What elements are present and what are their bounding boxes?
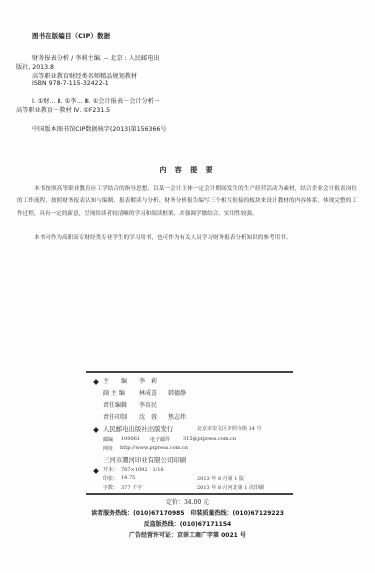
ad-license: 广告经营许可证：京崇工商广字第 0021 号 <box>0 530 375 539</box>
cip-isbn: ISBN 978-7-115-32422-1 <box>32 80 109 87</box>
printing: 2013 年 8 月河北第 1 次印刷 <box>197 484 264 491</box>
summary-paragraph-2-text: 本书可作为高职高专财经类专业学生的学习用书，也可作为有关人员学习财务报表分析知识… <box>34 235 291 241</box>
cip-line-1: 财务报表分析 / 李莉主编. -- 北京 : 人民邮电出 <box>32 53 160 62</box>
summary-paragraph-1-text: 本书按照高等职业教育应工学结合的指导思想，以某一会计主体一定会计期间发生的生产经… <box>17 186 357 217</box>
piracy-hotline: 反盗版热线：(010)67171154 <box>0 519 375 528</box>
deputy-editor-label: 副 主 编 <box>103 388 125 397</box>
website: http://www.ptpress.com.cn <box>120 445 188 451</box>
format: 787×1092 1/16 <box>121 466 164 473</box>
printer: 三河市潮河印业有限公司印刷 <box>103 455 186 464</box>
bullet-icon <box>93 468 99 474</box>
postcode: 100061 <box>121 436 140 442</box>
reader-hotline: 读者服务热线：(010)67170985 印装质量热线：(010)6712922… <box>0 508 375 517</box>
email-label: 电子邮件 <box>150 436 170 443</box>
publisher-address: 北京市崇文区夕照寺街 14 号 <box>197 425 262 432</box>
website-label: 网址 <box>103 445 113 452</box>
responsible-printing-label: 责任印制 <box>103 412 127 421</box>
top-divider <box>86 371 293 373</box>
publisher-name: 人民邮电出版社出版发行 <box>103 424 173 433</box>
cip-series: 高等职业教育财经类名师精品规划教材 <box>32 71 137 80</box>
chief-editor-label: 主 编 <box>103 376 127 385</box>
bullet-icon <box>93 427 99 433</box>
price: 定价：34.00 元 <box>0 497 375 506</box>
email: 315@ptpress.com.cn <box>183 436 236 442</box>
deputy-editor-2: 韩德静 <box>168 388 186 397</box>
chief-editor: 李 莉 <box>139 376 157 385</box>
words-label: 字数： <box>103 484 118 491</box>
cip-record-number: 中国版本图书馆CIP数据核字(2013)第156366号 <box>32 124 167 133</box>
sheets: 14.75 <box>121 475 135 481</box>
responsible-printing-2: 焦志炜 <box>168 412 186 421</box>
cip-classification-2: 高等职业教育－教材 Ⅳ. ①F231.5 <box>16 105 110 114</box>
cip-line-2: 版社, 2013.8 <box>16 62 54 71</box>
cip-classification-1: Ⅰ. ①财… Ⅱ. ①李… Ⅲ. ①会计报表－会计分析－ <box>32 96 160 105</box>
format-label: 开本： <box>103 466 118 473</box>
responsible-editor-label: 责任编辑 <box>103 400 127 409</box>
edition: 2013 年 8 月第 1 版 <box>197 475 244 482</box>
responsible-editor: 李育民 <box>139 400 157 409</box>
responsible-printing-1: 沈 蓉 <box>139 412 157 421</box>
words: 377 千字 <box>121 484 142 491</box>
sheets-label: 印张： <box>103 475 118 482</box>
summary-paragraph-1: 本书按照高等职业教育应工学结合的指导思想，以某一会计主体一定会计期间发生的生产经… <box>17 183 357 220</box>
bullet-icon <box>93 379 99 385</box>
bottom-divider <box>86 493 293 495</box>
summary-paragraph-2: 本书可作为高职高专财经类专业学生的学习用书，也可作为有关人员学习财务报表分析知识… <box>17 232 357 244</box>
deputy-editor-1: 林成喜 <box>139 388 157 397</box>
cip-title: 图书在版编目（CIP）数据 <box>32 31 110 40</box>
postcode-label: 邮编 <box>103 436 113 443</box>
summary-title: 内 容 提 要 <box>0 165 375 175</box>
